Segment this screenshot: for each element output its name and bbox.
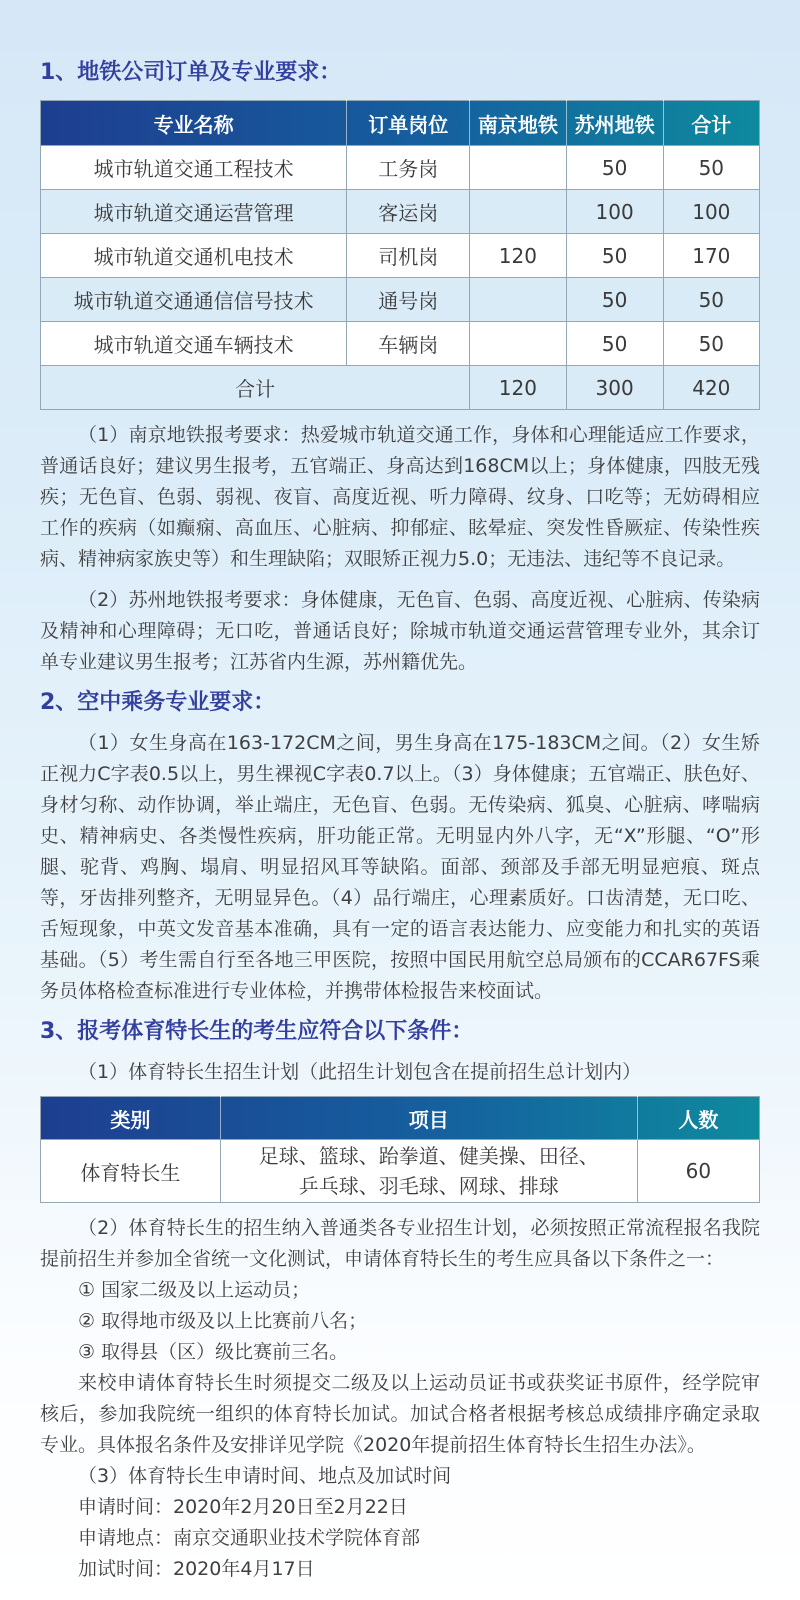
metro-order-table: 专业名称 订单岗位 南京地铁 苏州地铁 合计 城市轨道交通工程技术 工务岗 50… [40, 100, 760, 410]
cell-position: 车辆岗 [347, 322, 470, 366]
cell-major: 城市轨道交通运营管理 [41, 190, 347, 234]
cell-total-label: 合计 [41, 366, 470, 410]
table-total-row: 合计 120 300 420 [41, 366, 760, 410]
sports-table-row: 体育特长生 足球、篮球、跆拳道、健美操、田径、 乒乓球、羽毛球、网球、排球 60 [41, 1140, 760, 1203]
condition-item-1: ① 国家二级及以上运动员； [40, 1275, 760, 1306]
col-header-suzhou: 苏州地铁 [566, 101, 663, 146]
cell-total-suzhou: 300 [566, 366, 663, 410]
col-header-total: 合计 [663, 101, 759, 146]
col-header-nanjing: 南京地铁 [470, 101, 566, 146]
table-row: 城市轨道交通机电技术 司机岗 120 50 170 [41, 234, 760, 278]
cell-total-nanjing: 120 [470, 366, 566, 410]
cell-items: 足球、篮球、跆拳道、健美操、田径、 乒乓球、羽毛球、网球、排球 [220, 1140, 637, 1203]
col-header-items: 项目 [220, 1097, 637, 1140]
cell-category: 体育特长生 [41, 1140, 221, 1203]
suzhou-requirements-para: （2）苏州地铁报考要求：身体健康，无色盲、色弱、高度近视、心脏病、传染病及精神和… [40, 585, 760, 678]
cell-count: 60 [637, 1140, 759, 1203]
cell-major: 城市轨道交通机电技术 [41, 234, 347, 278]
sports-plan-note: （1）体育特长生招生计划（此招生计划包含在提前招生总计划内） [40, 1057, 760, 1088]
condition-item-3: ③ 取得县（区）级比赛前三名。 [40, 1337, 760, 1368]
test-time-line: 加试时间：2020年4月17日 [40, 1554, 760, 1585]
cell-nanjing [470, 278, 566, 322]
cell-nanjing: 120 [470, 234, 566, 278]
cell-suzhou: 50 [566, 278, 663, 322]
cell-major: 城市轨道交通车辆技术 [41, 322, 347, 366]
cell-suzhou: 50 [566, 234, 663, 278]
col-header-count: 人数 [637, 1097, 759, 1140]
cell-total: 50 [663, 322, 759, 366]
table-row: 城市轨道交通通信信号技术 通号岗 50 50 [41, 278, 760, 322]
sports-students-table: 类别 项目 人数 体育特长生 足球、篮球、跆拳道、健美操、田径、 乒乓球、羽毛球… [40, 1096, 760, 1203]
cell-nanjing [470, 146, 566, 190]
table-row: 城市轨道交通运营管理 客运岗 100 100 [41, 190, 760, 234]
cell-suzhou: 50 [566, 146, 663, 190]
cell-total: 100 [663, 190, 759, 234]
sports-enrollment-para: （2）体育特长生的招生纳入普通类各专业招生计划，必须按照正常流程报名我院提前招生… [40, 1213, 760, 1275]
cell-total: 50 [663, 146, 759, 190]
cabin-crew-requirements-para: （1）女生身高在163-172CM之间，男生身高在175-183CM之间。（2）… [40, 728, 760, 1007]
cell-major: 城市轨道交通通信信号技术 [41, 278, 347, 322]
cell-total: 50 [663, 278, 759, 322]
cell-major: 城市轨道交通工程技术 [41, 146, 347, 190]
apply-time-line: 申请时间：2020年2月20日至2月22日 [40, 1492, 760, 1523]
items-line-2: 乒乓球、羽毛球、网球、排球 [225, 1171, 633, 1201]
cell-total-all: 420 [663, 366, 759, 410]
cell-nanjing [470, 190, 566, 234]
sports-table-header-row: 类别 项目 人数 [41, 1097, 760, 1140]
cell-nanjing [470, 322, 566, 366]
cell-position: 客运岗 [347, 190, 470, 234]
col-header-position: 订单岗位 [347, 101, 470, 146]
table-row: 城市轨道交通车辆技术 车辆岗 50 50 [41, 322, 760, 366]
apply-place-line: 申请地点：南京交通职业技术学院体育部 [40, 1523, 760, 1554]
section3-heading: 3、报考体育特长生的考生应符合以下条件： [40, 1017, 760, 1047]
condition-item-2: ② 取得地市级及以上比赛前八名； [40, 1306, 760, 1337]
page: 1、地铁公司订单及专业要求： 专业名称 订单岗位 南京地铁 苏州地铁 合计 城市… [0, 0, 800, 1600]
items-line-1: 足球、篮球、跆拳道、健美操、田径、 [225, 1141, 633, 1171]
cell-position: 通号岗 [347, 278, 470, 322]
cell-suzhou: 100 [566, 190, 663, 234]
cell-total: 170 [663, 234, 759, 278]
sports-schedule-note: （3）体育特长生申请时间、地点及加试时间 [40, 1461, 760, 1492]
sports-application-para: 来校申请体育特长生时须提交二级及以上运动员证书或获奖证书原件，经学院审核后，参加… [40, 1368, 760, 1461]
cell-position: 工务岗 [347, 146, 470, 190]
metro-table-header-row: 专业名称 订单岗位 南京地铁 苏州地铁 合计 [41, 101, 760, 146]
nanjing-requirements-para: （1）南京地铁报考要求：热爱城市轨道交通工作，身体和心理能适应工作要求，普通话良… [40, 420, 760, 575]
cell-position: 司机岗 [347, 234, 470, 278]
section1-heading: 1、地铁公司订单及专业要求： [40, 58, 760, 88]
col-header-major: 专业名称 [41, 101, 347, 146]
cell-suzhou: 50 [566, 322, 663, 366]
table-row: 城市轨道交通工程技术 工务岗 50 50 [41, 146, 760, 190]
section2-heading: 2、空中乘务专业要求： [40, 688, 760, 718]
col-header-category: 类别 [41, 1097, 221, 1140]
document-content: 1、地铁公司订单及专业要求： 专业名称 订单岗位 南京地铁 苏州地铁 合计 城市… [0, 0, 800, 1585]
